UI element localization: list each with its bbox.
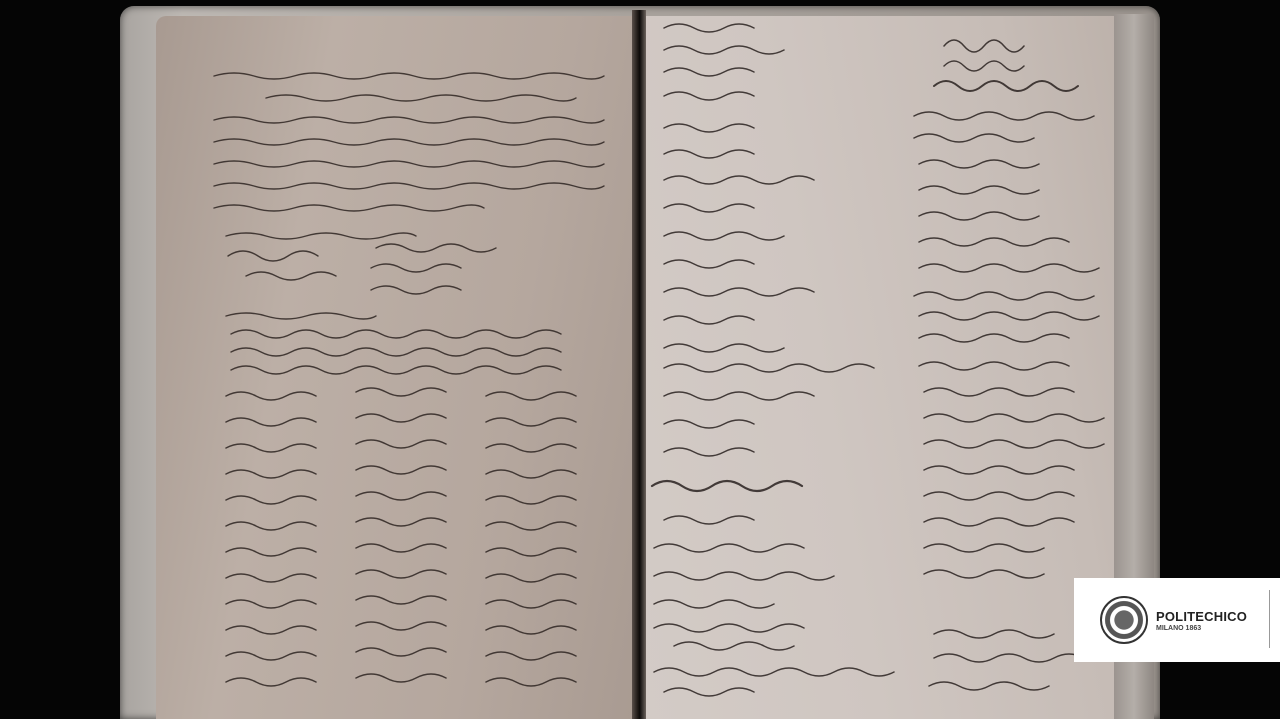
left-page — [156, 16, 634, 719]
politecnico-logo: POLITECHICO MILANO 1863 — [1074, 578, 1280, 662]
handwriting-left — [156, 16, 634, 719]
handwriting-right — [644, 16, 1114, 719]
logo-subtitle: MILANO 1863 — [1156, 625, 1247, 632]
logo-divider — [1269, 590, 1270, 648]
book-gutter — [632, 10, 646, 719]
photo-background: POLITECHICO MILANO 1863 — [0, 0, 1280, 719]
right-page — [644, 16, 1114, 719]
logo-name: POLITECHICO — [1156, 609, 1247, 624]
university-seal-icon — [1100, 596, 1148, 644]
